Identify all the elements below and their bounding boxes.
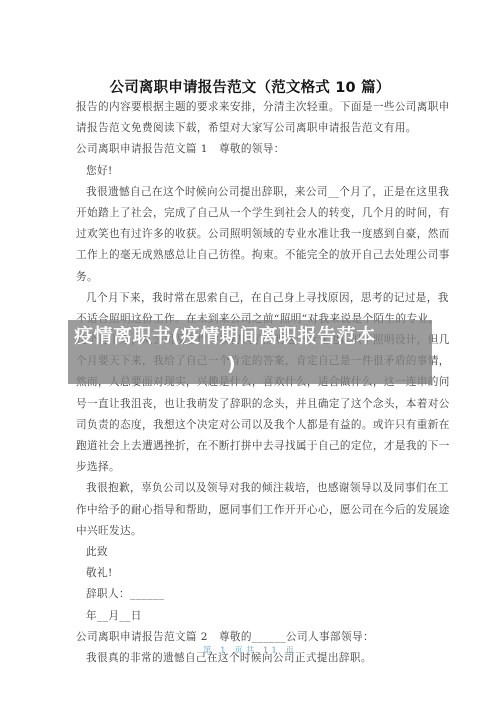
overlay-title-line2: ) — [74, 350, 434, 378]
paragraph-line: 工作上的毫无成熟感总让自己彷徨。拘束。不能完全的放开自己去处理公司事 — [76, 245, 426, 266]
paragraph-line: 司负责的态度，我想这个决定对公司以及我个人都是有益的。或许只有重新在 — [76, 415, 426, 436]
paragraph-line: 过欢笑也有过许多的收获。公司照明领域的专业水准让我一度感到自豪，然而 — [76, 224, 426, 245]
document-page: 公司离职申请报告范文（范文格式 10 篇） 报告的内容要根据主题的要求来安排，分… — [0, 0, 500, 706]
paragraph-line: 中兴旺发达。 — [76, 521, 426, 542]
closing-line: 此致 — [76, 542, 426, 563]
paragraph-line: 步选择。 — [76, 457, 426, 478]
paragraph-line: 号一直让我沮丧，也让我萌发了辞职的念头，并且确定了这个念头，本着对公 — [76, 394, 426, 415]
closing-line: 敬礼! — [76, 563, 426, 584]
paragraph-line: 跑道社会上去遭遇挫折，在不断打拼中去寻找属于自己的定位，才是我的下一 — [76, 436, 426, 457]
paragraph-line: 报告的内容要根据主题的要求来安排，分清主次轻重。下面是一些公司离职申 — [76, 97, 426, 118]
signature-line: 辞职人：______ — [76, 584, 426, 605]
overlay-title: 疫情离职书(疫情期间离职报告范本 ) — [74, 322, 434, 378]
document-title: 公司离职申请报告范文（范文格式 10 篇） — [0, 76, 500, 97]
paragraph-line: 开始踏上了社会，完成了自己从一个学生到社会人的转变，几个月的时间，有 — [76, 203, 426, 224]
greeting: 您好! — [76, 161, 426, 182]
paragraph-line: 几个月下来，我时常在思索自己，在自己身上寻找原因，思考的记过是，我 — [76, 288, 426, 309]
paragraph-line: 作中给予的耐心指导和帮助，愿同事们工作开开心心，愿公司在今后的发展途 — [76, 500, 426, 521]
paragraph-line: 请报告范文免费阅读下载，希望对大家写公司离职申请报告范文有用。 — [76, 118, 426, 139]
paragraph-line: 我很抱歉，辜负公司以及领导对我的倾注栽培，也感谢领导以及同事们在工 — [76, 478, 426, 499]
overlay-title-line1: 疫情离职书(疫情期间离职报告范本 — [74, 325, 376, 347]
date-line: 年__月__日 — [76, 606, 426, 627]
paragraph-line: 我很遗憾自己在这个时候向公司提出辞职，来公司__个月了，正是在这里我 — [76, 182, 426, 203]
paragraph-line: 务。 — [76, 267, 426, 288]
page-number: 第 1 页共 11 页 — [0, 644, 500, 656]
section-heading: 公司离职申请报告范文篇 1 尊敬的领导： — [76, 139, 426, 160]
